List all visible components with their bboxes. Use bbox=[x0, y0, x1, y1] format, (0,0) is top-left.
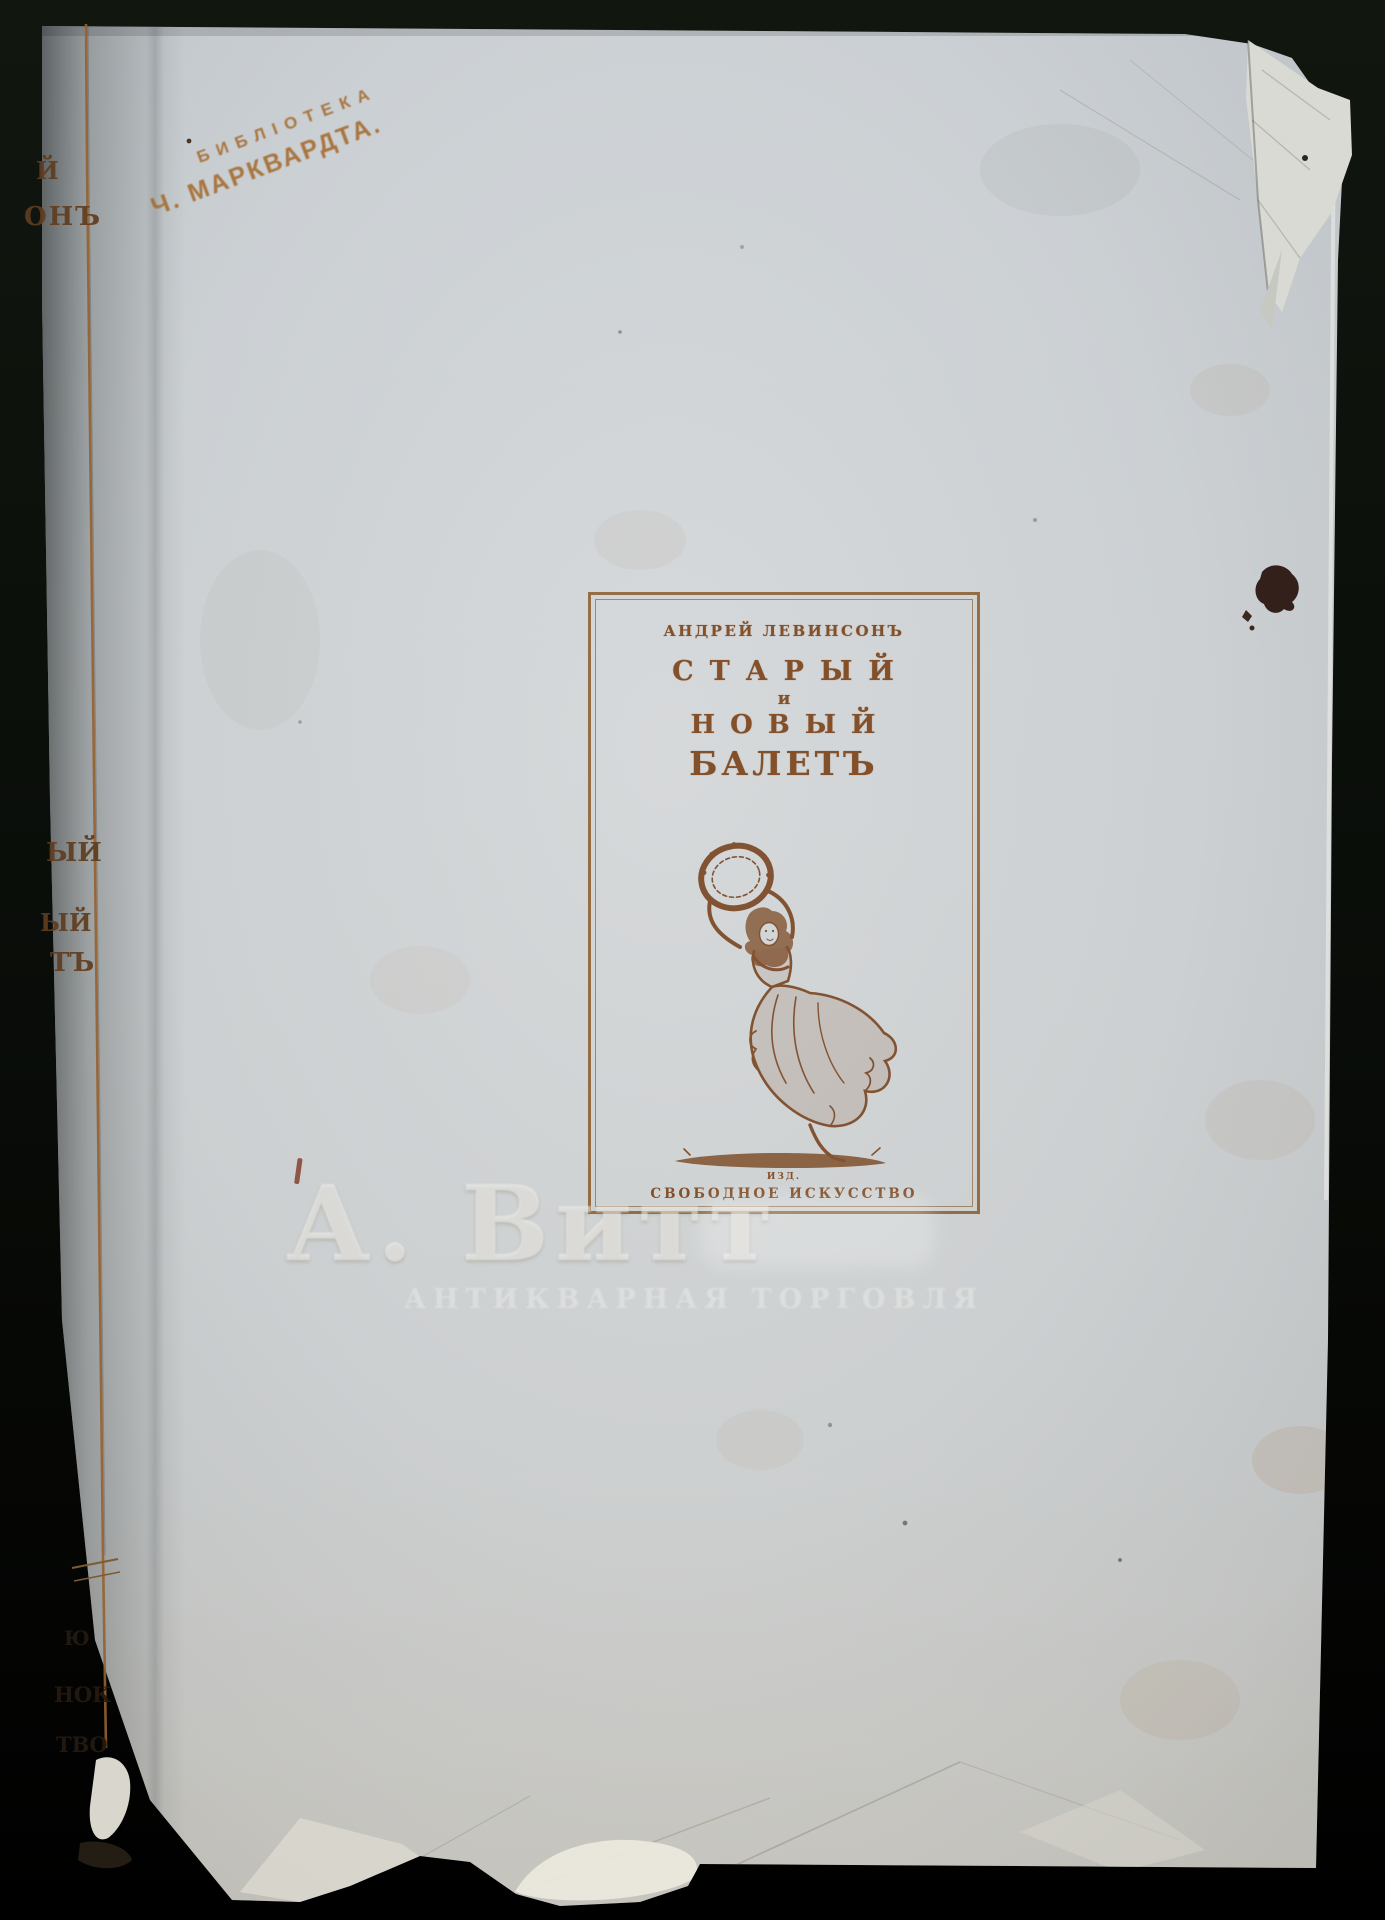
watermark-line-2: АНТИКВАРНАЯ ТОРГОВЛЯ bbox=[404, 1284, 984, 1315]
title-conjunction: и bbox=[591, 689, 977, 709]
title-word-ballet: БАЛЕТЪ bbox=[591, 744, 977, 783]
title-frame-box: АНДРЕЙ ЛЕВИНСОНЪ СТАРЫЙ и НОВЫЙ БАЛЕТЪ И… bbox=[588, 592, 980, 1214]
spine-fragment: ЫЙ bbox=[46, 838, 102, 868]
author-name: АНДРЕЙ ЛЕВИНСОНЪ bbox=[591, 622, 977, 640]
spine-fragment: НОК bbox=[54, 1682, 111, 1707]
watermark-continuation bbox=[700, 1196, 935, 1268]
spine-fragment: ТЪ bbox=[50, 948, 94, 978]
title-word-old: СТАРЫЙ bbox=[605, 656, 977, 687]
spine-fragment: ОНЪ bbox=[24, 202, 102, 232]
book-cover-photo: БИБЛІОТЕКА Ч. МАРКВАРДТА. Й ОНЪ ЫЙ ЫЙ ТЪ… bbox=[0, 0, 1385, 1920]
title-word-new: НОВЫЙ bbox=[604, 710, 977, 740]
title-text-block: АНДРЕЙ ЛЕВИНСОНЪ СТАРЫЙ и НОВЫЙ БАЛЕТЪ bbox=[591, 595, 977, 783]
spine-fragment: ЫЙ bbox=[40, 908, 92, 937]
spine-fragment: Й bbox=[36, 156, 59, 185]
spine-fragment: Ю bbox=[64, 1626, 90, 1650]
spine-fragment: ТВО bbox=[56, 1732, 108, 1757]
